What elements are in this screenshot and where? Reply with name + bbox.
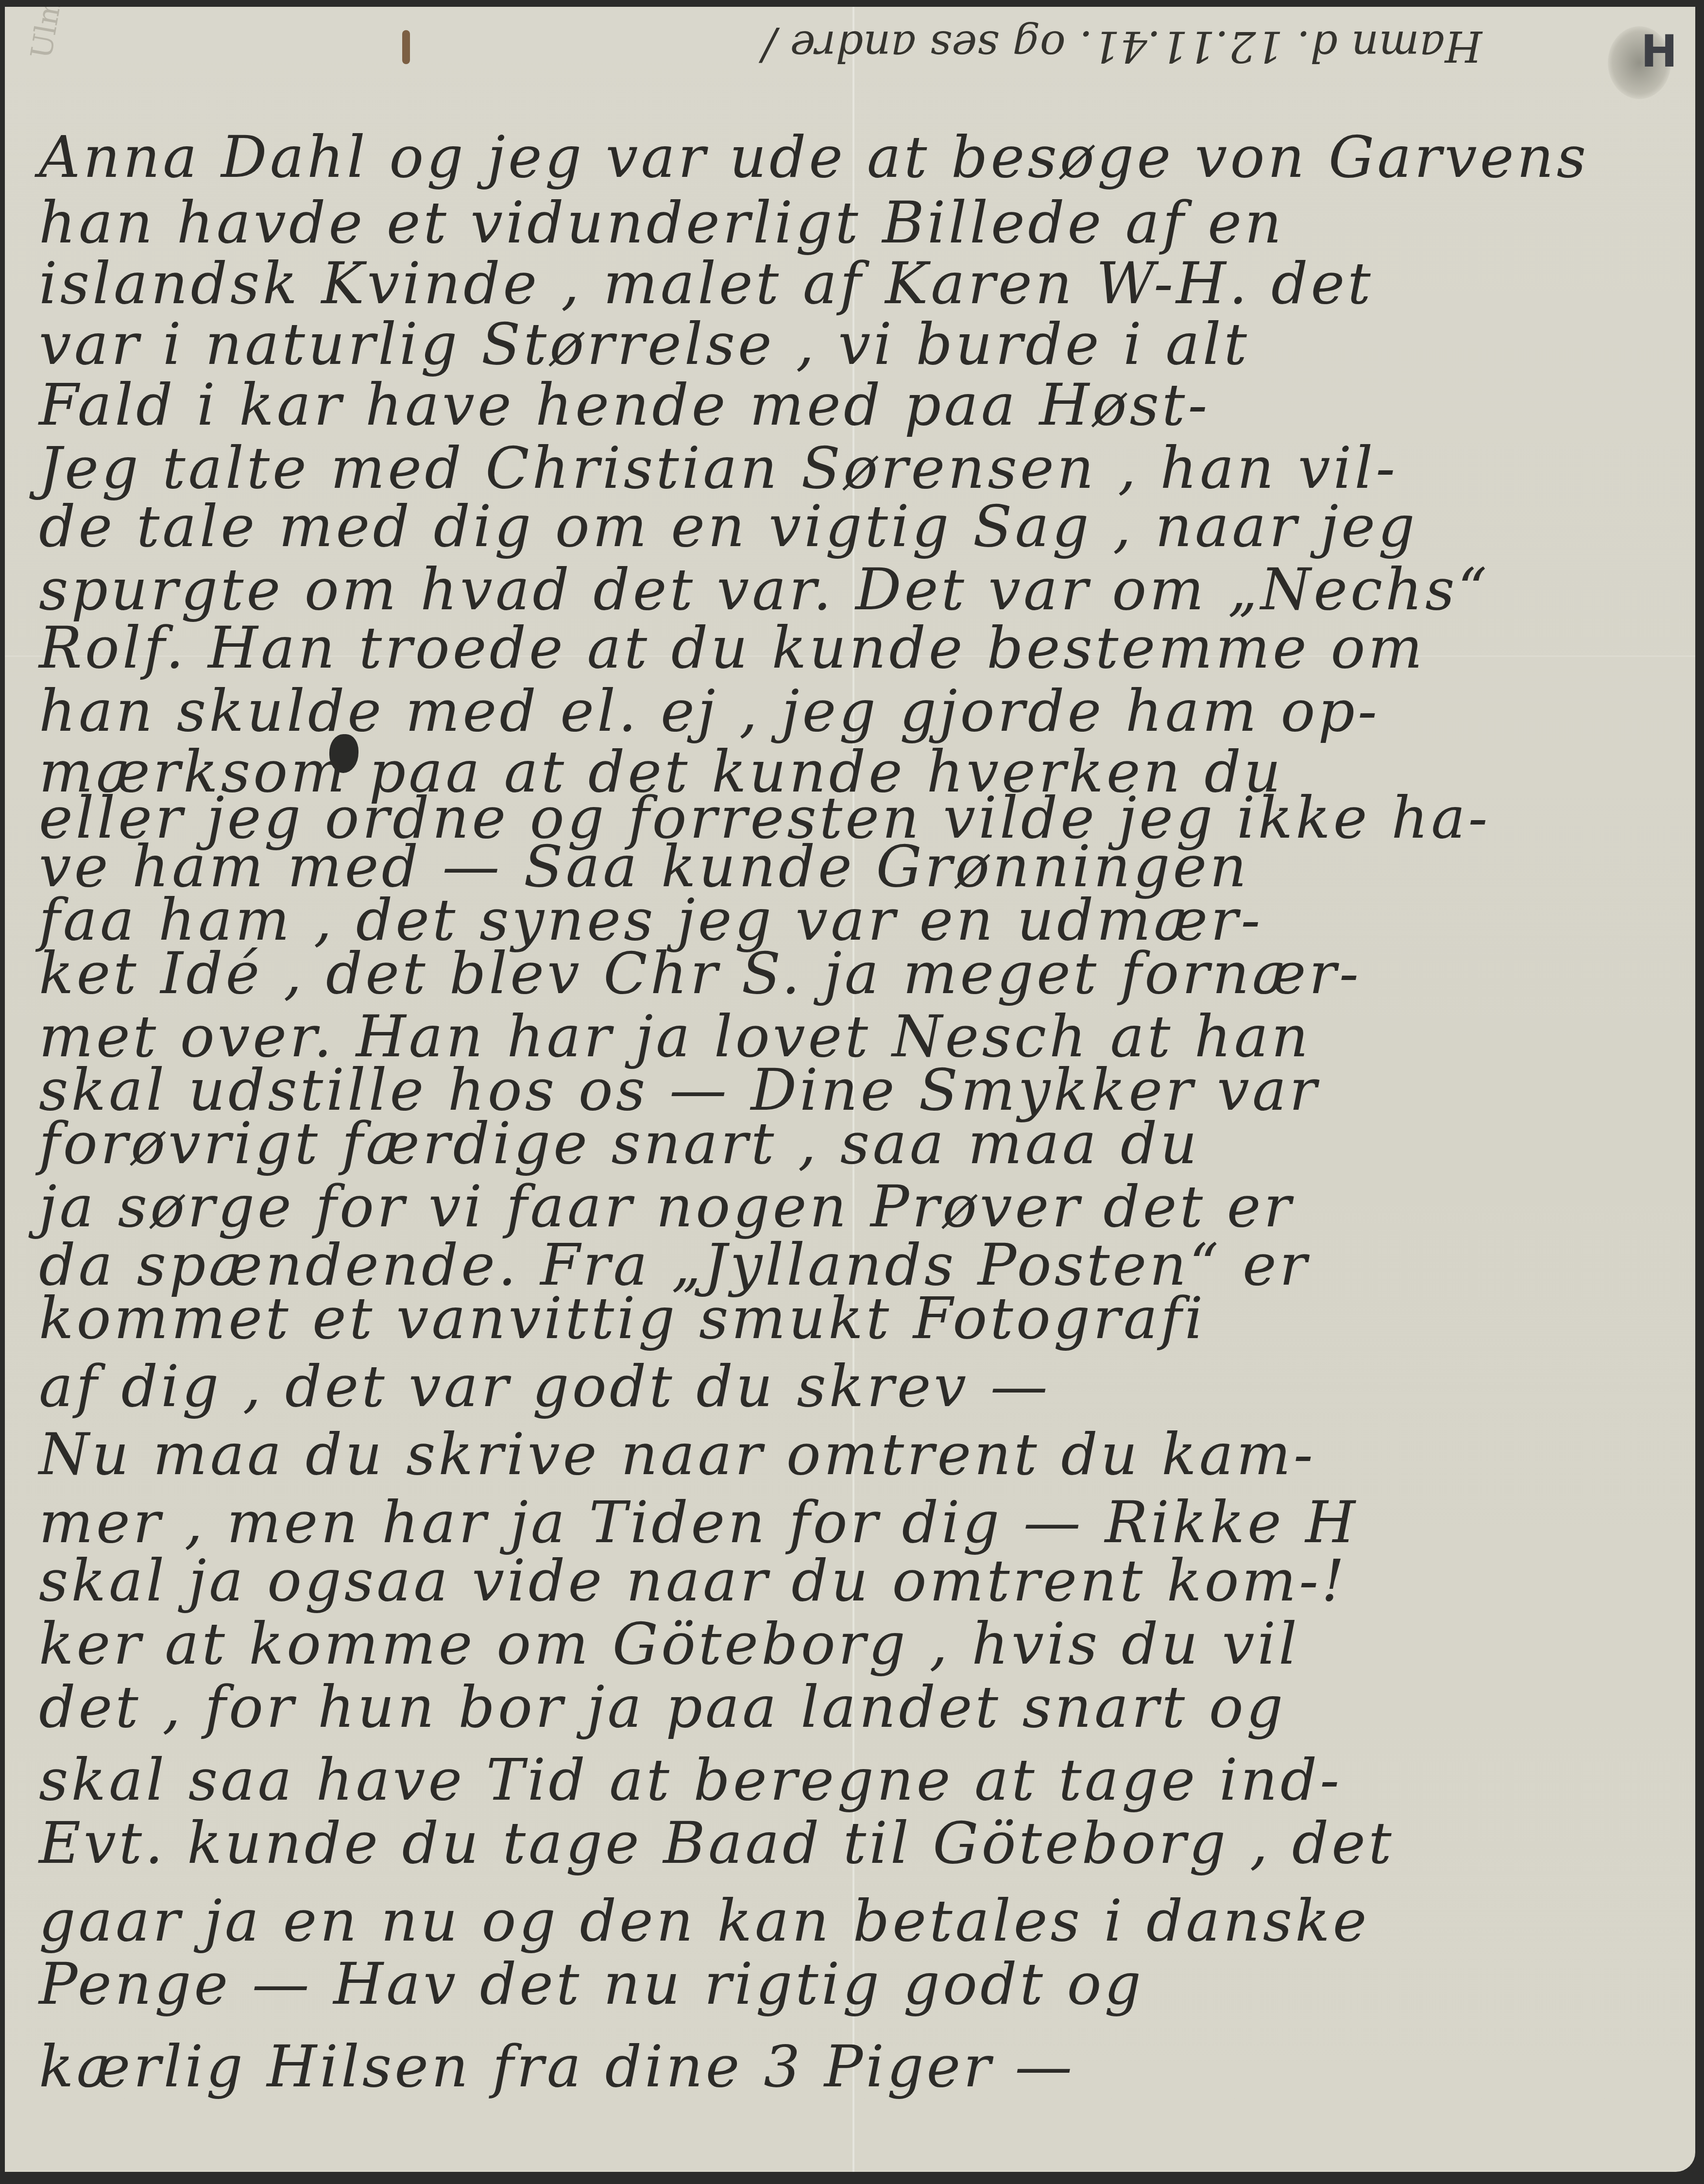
corner-mark: H	[1641, 26, 1677, 77]
letter-line: mer , men har ja Tiden for dig — Rikke H	[39, 1494, 1690, 1551]
letter-line: ket Idé , det blev Chr S. ja meget fornæ…	[39, 945, 1690, 1002]
letter-line: ker at komme om Göteborg , hvis du vil	[39, 1615, 1690, 1672]
letter-line: han skulde med el. ej , jeg gjorde ham o…	[39, 682, 1690, 739]
letter-line: af dig , det var godt du skrev —	[39, 1358, 1690, 1415]
letter-line: han havde et vidunderligt Billede af en	[39, 194, 1690, 251]
letter-paper: Ulm 12/11-46 Hamn d. 12.11.41. og ses an…	[5, 7, 1695, 2172]
letter-line: kommet et vanvittig smukt Fotografi	[39, 1290, 1690, 1347]
letter-line: Rolf. Han troede at du kunde bestemme om	[39, 619, 1690, 676]
letter-line: Jeg talte med Christian Sørensen , han v…	[39, 439, 1690, 497]
letter-line: Penge — Hav det nu rigtig godt og	[39, 1955, 1690, 2012]
letter-line: gaar ja en nu og den kan betales i dansk…	[39, 1892, 1690, 1949]
letter-line: forøvrigt færdige snart , saa maa du	[39, 1115, 1690, 1172]
letter-line: skal ja ogsaa vide naar du omtrent kom-!	[39, 1552, 1690, 1609]
letter-line: det , for hun bor ja paa landet snart og	[39, 1678, 1690, 1736]
letter-line: spurgte om hvad det var. Det var om „Nec…	[39, 561, 1690, 618]
letter-line: var i naturlig Størrelse , vi burde i al…	[39, 315, 1690, 373]
letter-line: Anna Dahl og jeg var ude at besøge von G…	[39, 128, 1690, 186]
letter-line: Fald i kar have hende med paa Høst-	[39, 376, 1690, 433]
letter-line: ja sørge for vi faar nogen Prøver det er	[39, 1178, 1690, 1235]
upside-down-header-note: Hamn d. 12.11.41. og ses andre /	[636, 21, 1608, 71]
faint-pencil-note: Ulm 12/11-46	[24, 7, 93, 61]
letter-line: kærlig Hilsen fra dine 3 Piger —	[39, 2038, 1690, 2095]
document-scan: Ulm 12/11-46 Hamn d. 12.11.41. og ses an…	[0, 0, 1704, 2184]
brown-ink-mark	[402, 30, 410, 64]
letter-line: skal saa have Tid at beregne at tage ind…	[39, 1751, 1690, 1808]
letter-line: de tale med dig om en vigtig Sag , naar …	[39, 498, 1690, 555]
letter-line: Evt. kunde du tage Baad til Göteborg , d…	[39, 1814, 1690, 1872]
letter-line: Nu maa du skrive naar omtrent du kam-	[39, 1426, 1690, 1483]
letter-line: islandsk Kvinde , malet af Karen W-H. de…	[39, 255, 1690, 312]
